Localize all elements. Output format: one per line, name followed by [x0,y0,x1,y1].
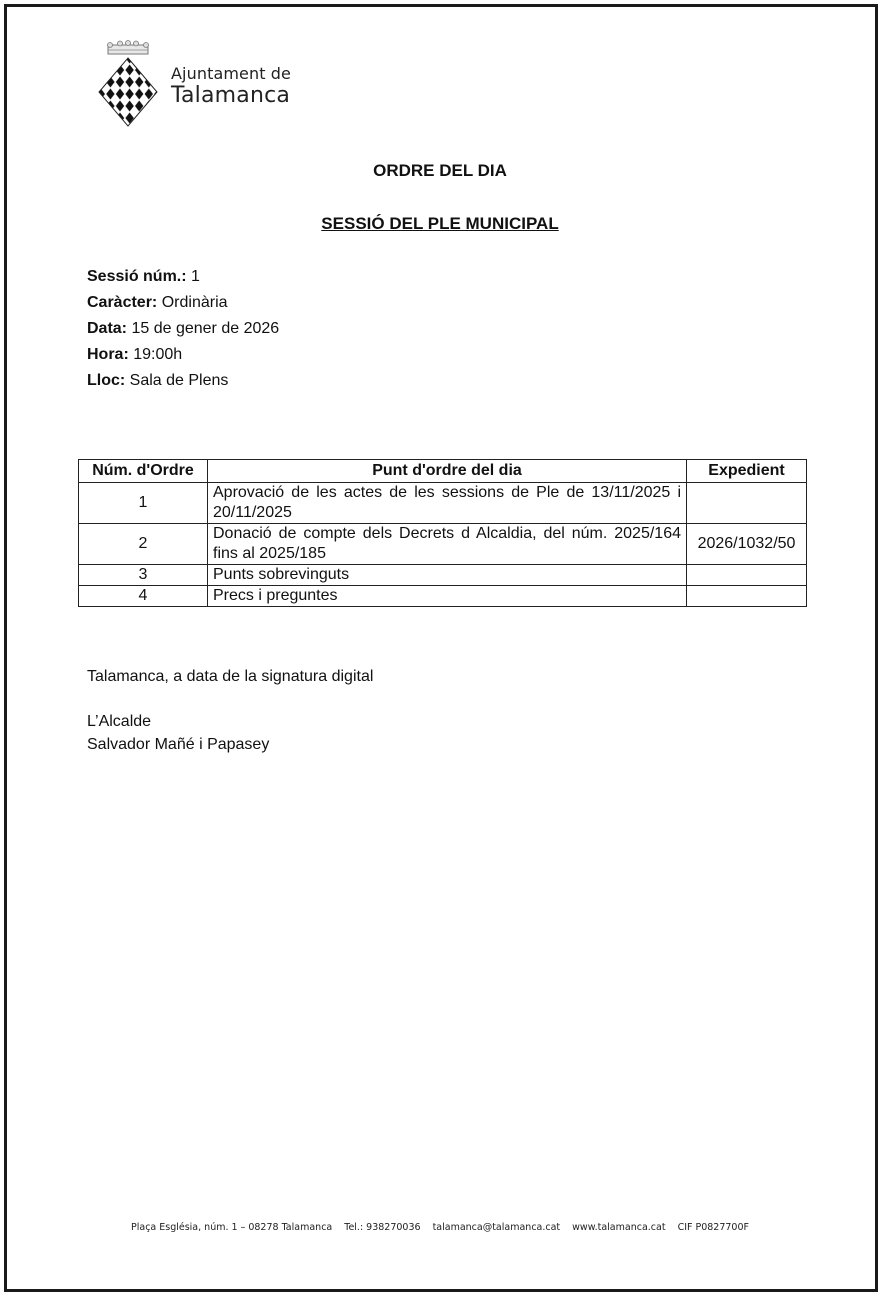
footer-cif: CIF P0827700F [678,1222,749,1233]
session-info: Sessió núm.: 1 Caràcter: Ordinària Data:… [87,264,279,394]
row-num: 2 [79,524,208,565]
session-time-label: Hora: [87,346,129,363]
table-row: 3 Punts sobrevinguts [79,565,807,586]
session-time-value: 19:00h [133,346,182,363]
session-place-value: Sala de Plens [130,372,229,389]
row-num: 4 [79,586,208,607]
session-date-value: 15 de gener de 2026 [131,320,279,337]
header-punt: Punt d'ordre del dia [208,460,687,483]
table-row: 2 Donació de compte dels Decrets d Alcal… [79,524,807,565]
row-num: 3 [79,565,208,586]
footer: Plaça Església, núm. 1 – 08278 Talamanca… [0,1222,880,1233]
row-punt: Aprovació de les actes de les sessions d… [208,483,687,524]
document-title: ORDRE DEL DIA [0,161,880,181]
logo-line2: Talamanca [171,85,291,107]
row-num: 1 [79,483,208,524]
signer-name: Salvador Mañé i Papasey [87,736,269,754]
row-expedient [687,483,807,524]
signer-role: L’Alcalde [87,713,151,731]
session-date-label: Data: [87,320,127,337]
closing-place-date: Talamanca, a data de la signatura digita… [87,668,373,686]
session-place-row: Lloc: Sala de Plens [87,368,279,394]
footer-phone: Tel.: 938270036 [344,1222,420,1233]
session-date-row: Data: 15 de gener de 2026 [87,316,279,342]
session-number-label: Sessió núm.: [87,268,187,285]
session-time-row: Hora: 19:00h [87,342,279,368]
footer-web: www.talamanca.cat [572,1222,665,1233]
row-expedient [687,586,807,607]
table-row: 4 Precs i preguntes [79,586,807,607]
row-punt: Donació de compte dels Decrets d Alcaldi… [208,524,687,565]
page-border [4,4,878,1292]
session-type-row: Caràcter: Ordinària [87,290,279,316]
footer-address: Plaça Església, núm. 1 – 08278 Talamanca [131,1222,332,1233]
municipal-logo: Ajuntament de Talamanca [96,40,296,128]
table-header-row: Núm. d'Ordre Punt d'ordre del dia Expedi… [79,460,807,483]
session-number-value: 1 [191,268,200,285]
session-type-label: Caràcter: [87,294,157,311]
session-type-value: Ordinària [162,294,228,311]
row-punt: Punts sobrevinguts [208,565,687,586]
header-num: Núm. d'Ordre [79,460,208,483]
table-row: 1 Aprovació de les actes de les sessions… [79,483,807,524]
logo-line1: Ajuntament de [171,66,291,82]
agenda-table: Núm. d'Ordre Punt d'ordre del dia Expedi… [78,459,807,607]
coat-of-arms-icon [96,40,160,128]
session-number-row: Sessió núm.: 1 [87,264,279,290]
row-expedient [687,565,807,586]
footer-email: talamanca@talamanca.cat [433,1222,561,1233]
row-punt: Precs i preguntes [208,586,687,607]
session-place-label: Lloc: [87,372,125,389]
document-subtitle: SESSIÓ DEL PLE MUNICIPAL [0,214,880,234]
row-expedient: 2026/1032/50 [687,524,807,565]
header-expedient: Expedient [687,460,807,483]
